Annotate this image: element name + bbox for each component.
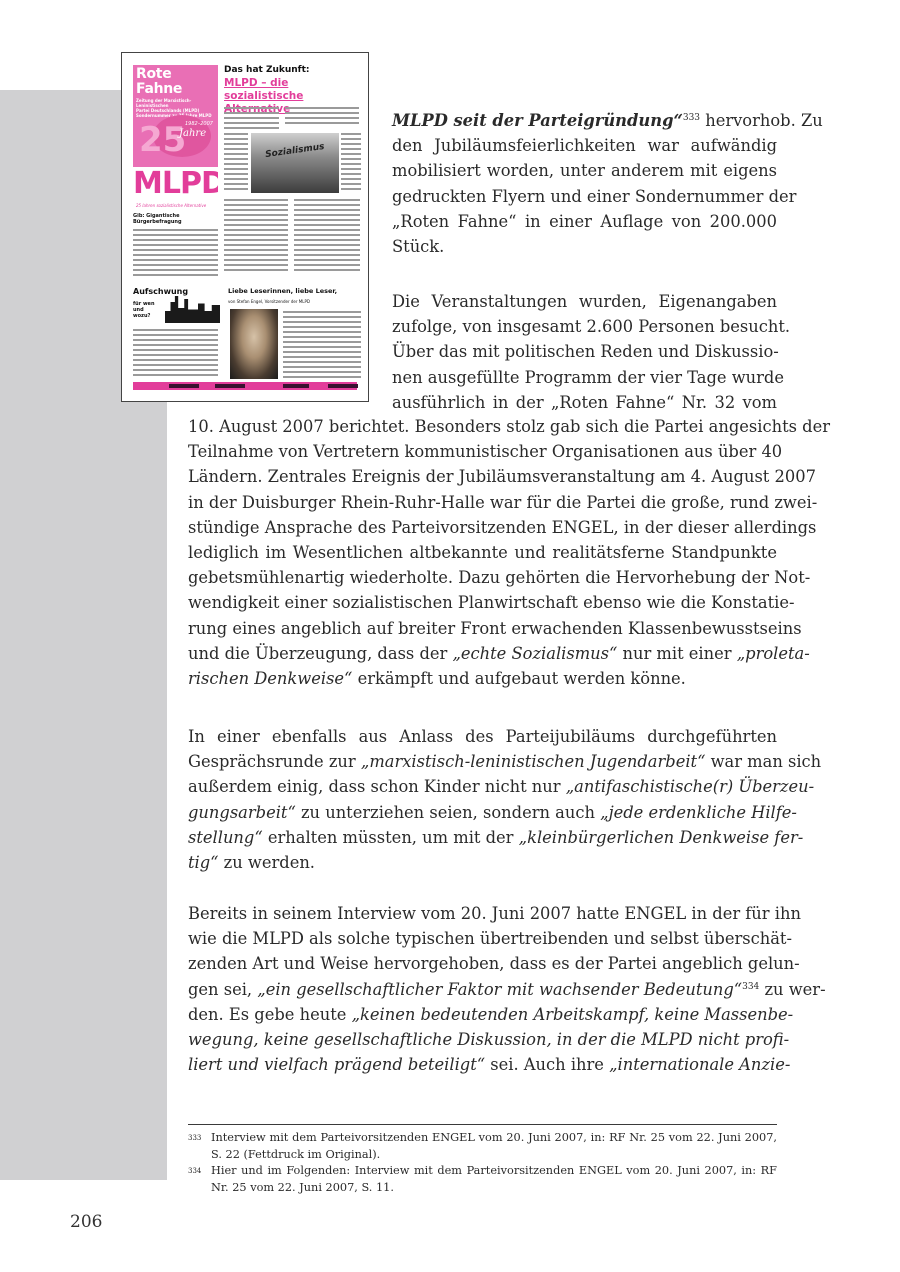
newspaper-cover-figure: Rote Fahne Zeitung der Marxistisch-Lenin…	[121, 52, 369, 402]
rally-photo	[251, 133, 339, 193]
section-aufschwung: Aufschwung	[133, 287, 188, 296]
article-text-lines	[133, 329, 218, 379]
headline-small: Das hat Zukunft:	[224, 65, 310, 75]
footnote-divider	[188, 1124, 777, 1125]
article-text-lines	[224, 199, 288, 274]
paragraph-2-wrapped: Die Veranstaltungen wurden, Eigenangaben…	[392, 289, 777, 415]
article-text-lines	[285, 107, 359, 127]
industry-silhouette	[165, 293, 220, 323]
section-heading: Gib: Gigantische Bürgerbefragung	[133, 213, 218, 225]
paragraph-lead: MLPD seit der Parteigründung“333 hervorh…	[392, 108, 777, 259]
article-text-lines	[133, 229, 218, 279]
letter-author: von Stefan Engel, Vorsitzender der MLPD	[228, 299, 310, 305]
article-text-lines	[294, 199, 360, 274]
article-text-lines	[341, 133, 361, 193]
rote-fahne-cover: Rote Fahne Zeitung der Marxistisch-Lenin…	[133, 65, 218, 207]
footnotes: 333 Interview mit dem Parteivorsitzenden…	[188, 1130, 777, 1196]
paragraph-3: In einer ebenfalls aus Anlass des Partei…	[188, 724, 777, 875]
anniversary-years: 1982–2007	[185, 121, 213, 127]
footnote-333: 333 Interview mit dem Parteivorsitzenden…	[188, 1130, 777, 1163]
footnote-334: 334 Hier und im Folgenden: Interview mit…	[188, 1163, 777, 1196]
masthead: Rote Fahne	[133, 65, 218, 97]
footnote-ref-334[interactable]: 334	[742, 982, 759, 992]
paragraph-2-full: 10. August 2007 berichtet. Besonders sto…	[188, 414, 777, 691]
page-number: 206	[70, 1212, 102, 1232]
letter-heading: Liebe Leserinnen, liebe Leser,	[228, 287, 337, 295]
cover-tagline: 25 Jahren sozialistische Alternative	[136, 203, 206, 207]
cover-footer-band	[133, 382, 357, 390]
author-portrait	[230, 309, 278, 379]
anniversary-word: Jahre	[179, 128, 206, 139]
article-text-lines	[224, 133, 248, 193]
article-text-lines	[283, 311, 361, 381]
aufschwung-sub: für wen und wozu?	[133, 301, 155, 319]
article-text-lines	[224, 107, 279, 132]
party-logo: MLPD	[133, 167, 218, 207]
paragraph-4: Bereits in seinem Interview vom 20. Juni…	[188, 901, 777, 1077]
emphasis-quote: MLPD seit der Parteigründung“	[392, 111, 683, 130]
footnote-ref-333[interactable]: 333	[683, 113, 700, 123]
